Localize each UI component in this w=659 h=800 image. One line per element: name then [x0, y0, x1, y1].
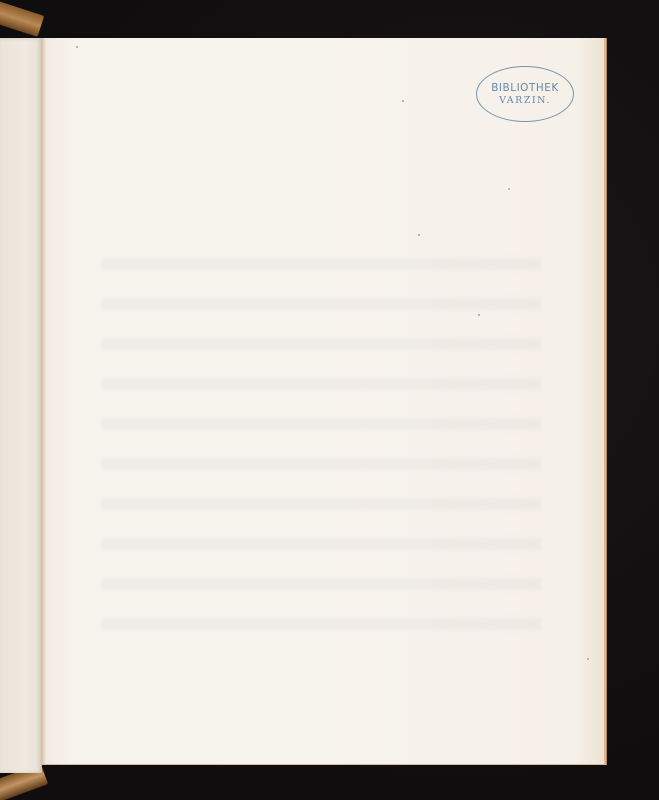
- paper-speck: [508, 188, 510, 190]
- left-flyleaf: [0, 38, 42, 773]
- stamp-line-1: BIBLIOTHEK: [491, 82, 559, 95]
- book-page: BIBLIOTHEK VARZIN.: [42, 38, 606, 765]
- paper-speck: [587, 658, 589, 660]
- stamp-line-2: VARZIN.: [499, 95, 551, 107]
- paper-speck: [76, 46, 78, 48]
- library-stamp: BIBLIOTHEK VARZIN.: [476, 66, 574, 122]
- paper-speck: [402, 100, 404, 102]
- show-through-text: [102, 238, 542, 658]
- paper-speck: [418, 234, 420, 236]
- paper-speck: [478, 314, 480, 316]
- page-gutter: [42, 38, 46, 764]
